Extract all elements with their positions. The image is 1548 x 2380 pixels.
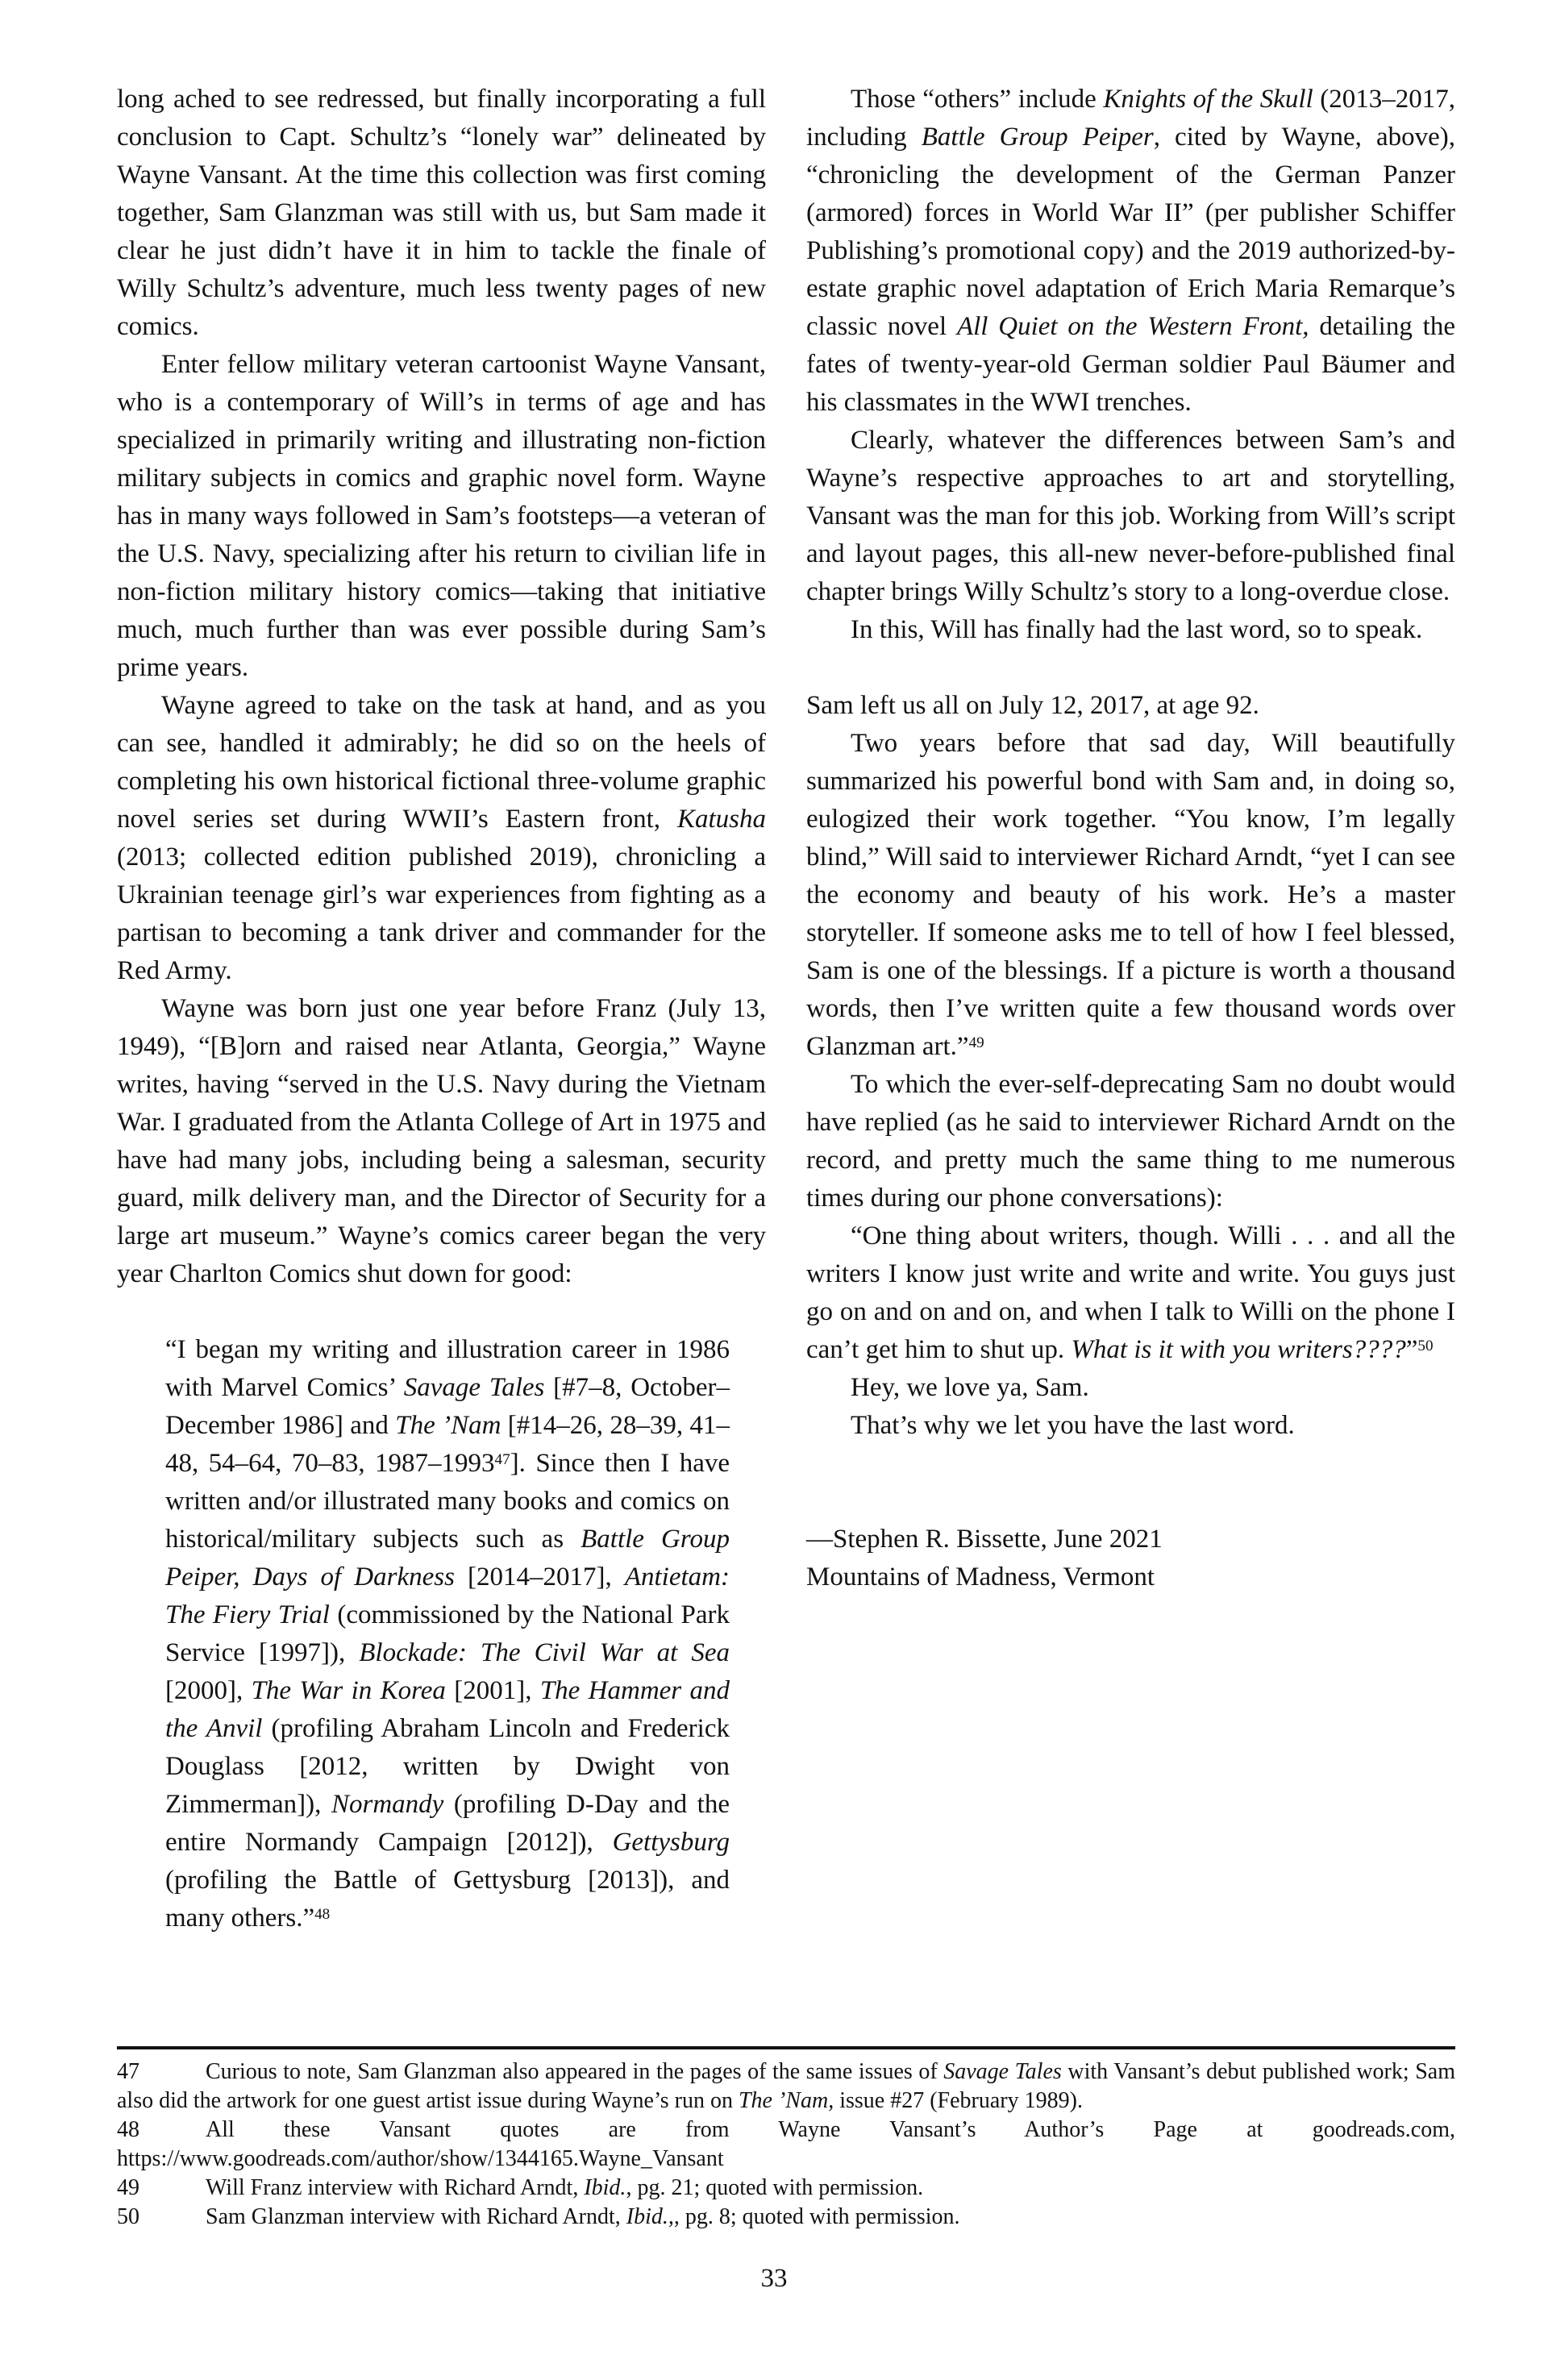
text-run: To which the ever-self-deprecating Sam n…: [806, 1070, 1455, 1213]
paragraph: To which the ever-self-deprecating Sam n…: [806, 1066, 1455, 1217]
paragraph: Wayne agreed to take on the task at hand…: [117, 687, 766, 990]
paragraph: long ached to see redressed, but finally…: [117, 81, 766, 346]
blockquote: “I began my writing and illustration car…: [165, 1331, 730, 1937]
paragraph: That’s why we let you have the last word…: [806, 1407, 1455, 1445]
text-run: Sam Glanzman interview with Richard Arnd…: [206, 2204, 626, 2229]
text-run: [2000],: [165, 1676, 252, 1705]
italic-text-run: Savage Tales: [404, 1373, 545, 1402]
italic-text-run: Katusha: [677, 805, 766, 834]
text-run: [2001],: [446, 1676, 540, 1705]
italic-text-run: Ibid.,: [626, 2204, 674, 2229]
column-left: long ached to see redressed, but finally…: [117, 81, 766, 1937]
text-run: , cited by Wayne, above), “chronicling t…: [806, 123, 1455, 341]
italic-text-run: All Quiet on the Western Front,: [957, 312, 1309, 341]
italic-text-run: The War in Korea: [252, 1676, 446, 1705]
book-page: long ached to see redressed, but finally…: [0, 0, 1548, 2380]
page-number: 33: [0, 2262, 1548, 2295]
text-run: (profiling the Battle of Gettysburg [201…: [165, 1866, 730, 1933]
paragraph: “One thing about writers, though. Willi …: [806, 1217, 1455, 1369]
text-run: Wayne was born just one year before Fran…: [117, 994, 766, 1288]
text-run: , pg. 8; quoted with permission.: [674, 2204, 960, 2229]
paragraph: In this, Will has finally had the last w…: [806, 611, 1455, 649]
italic-text-run: The ’Nam: [395, 1411, 501, 1440]
paragraph: Clearly, whatever the differences betwee…: [806, 422, 1455, 611]
paragraph: —Stephen R. Bissette, June 2021: [806, 1521, 1455, 1558]
two-column-text-block: long ached to see redressed, but finally…: [117, 81, 1455, 1937]
footnote-ref: 47: [495, 1451, 510, 1468]
footnote: 47Curious to note, Sam Glanzman also app…: [117, 2058, 1455, 2116]
italic-text-run: What is it with you writers????: [1071, 1335, 1405, 1364]
footnote-list: 47Curious to note, Sam Glanzman also app…: [117, 2058, 1455, 2232]
footnote-number: 47: [117, 2058, 206, 2087]
italic-text-run: Ibid.: [584, 2175, 626, 2200]
paragraph: Two years before that sad day, Will beau…: [806, 725, 1455, 1066]
text-run: Wayne agreed to take on the task at hand…: [117, 691, 766, 834]
footnote-ref: 48: [314, 1906, 330, 1923]
text-run: That’s why we let you have the last word…: [851, 1411, 1295, 1440]
text-run: Will Franz interview with Richard Arndt,: [206, 2175, 584, 2200]
italic-text-run: Savage Tales: [943, 2059, 1062, 2084]
text-run: , pg. 21; quoted with permission.: [626, 2175, 923, 2200]
text-run: In this, Will has finally had the last w…: [851, 615, 1422, 644]
footnote-number: 49: [117, 2174, 206, 2203]
text-run: Those “others” include: [851, 85, 1103, 114]
column-right: Those “others” include Knights of the Sk…: [806, 81, 1455, 1937]
text-run: All these Vansant quotes are from Wayne …: [117, 2117, 1455, 2171]
footnote-number: 50: [117, 2203, 206, 2232]
footnote: 48All these Vansant quotes are from Wayn…: [117, 2116, 1455, 2174]
footnote-ref: 49: [969, 1034, 984, 1051]
italic-text-run: The ’Nam,: [739, 2088, 834, 2113]
text-run: ”: [1406, 1335, 1418, 1364]
footnote-ref: 50: [1417, 1338, 1433, 1354]
paragraph: Hey, we love ya, Sam.: [806, 1369, 1455, 1407]
text-run: —Stephen R. Bissette, June 2021: [806, 1525, 1163, 1554]
text-run: long ached to see redressed, but finally…: [117, 85, 766, 341]
text-run: (2013; collected edition published 2019)…: [117, 843, 766, 985]
paragraph: Enter fellow military veteran cartoonist…: [117, 346, 766, 687]
text-run: Hey, we love ya, Sam.: [851, 1373, 1089, 1402]
italic-text-run: Normandy: [331, 1790, 443, 1819]
text-run: Enter fellow military veteran cartoonist…: [117, 350, 766, 682]
text-run: issue #27 (February 1989).: [834, 2088, 1083, 2113]
footnote-divider: [117, 2046, 1455, 2049]
text-run: Clearly, whatever the differences betwee…: [806, 426, 1455, 606]
text-run: [2014–2017],: [455, 1562, 625, 1592]
text-run: Sam left us all on July 12, 2017, at age…: [806, 691, 1259, 720]
text-run: Curious to note, Sam Glanzman also appea…: [206, 2059, 943, 2084]
italic-text-run: Knights of the Skull: [1103, 85, 1313, 114]
italic-text-run: Battle Group Peiper: [922, 123, 1154, 152]
italic-text-run: Blockade: The Civil War at Sea: [359, 1638, 730, 1667]
footnote-number: 48: [117, 2116, 206, 2145]
footnote: 49Will Franz interview with Richard Arnd…: [117, 2174, 1455, 2203]
paragraph: Sam left us all on July 12, 2017, at age…: [806, 687, 1455, 725]
text-run: Mountains of Madness, Vermont: [806, 1562, 1155, 1592]
italic-text-run: Gettysburg: [613, 1828, 730, 1857]
footnote: 50Sam Glanzman interview with Richard Ar…: [117, 2203, 1455, 2232]
paragraph: Wayne was born just one year before Fran…: [117, 990, 766, 1293]
footnote-section: 47Curious to note, Sam Glanzman also app…: [117, 2046, 1455, 2232]
paragraph: Mountains of Madness, Vermont: [806, 1558, 1455, 1596]
paragraph: Those “others” include Knights of the Sk…: [806, 81, 1455, 422]
text-run: Two years before that sad day, Will beau…: [806, 729, 1455, 1061]
